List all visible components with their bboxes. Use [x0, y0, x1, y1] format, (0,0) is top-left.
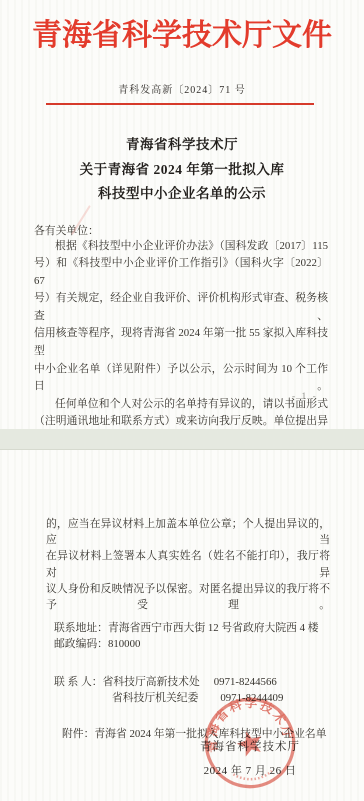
page-separator [0, 429, 364, 449]
body-line: 信用核查等程序，现将青海省 2024 年第一批 55 家拟入库科技型 [34, 325, 328, 360]
document-page-1: 青海省科学技术厅文件 青科发高新〔2024〕71 号 青海省科学技术厅 关于青海… [0, 0, 364, 430]
contact-block: 联系地址：青海省西宁市西大街 12 号省政府大院西 4 楼 邮政编码：81000… [46, 621, 330, 653]
title-line-1: 青海省科学技术厅 [0, 133, 364, 158]
page2-body: 的，应当在异议材料上加盖本单位公章；个人提出异议的，应当 在异议材料上签署本人真… [0, 450, 364, 742]
seal-star-icon [234, 727, 266, 758]
body-line: 的，应当在异议材料上加盖本单位公章；个人提出异议的，应当 [46, 516, 330, 548]
title-line-3: 科技型中小企业名单的公示 [0, 182, 364, 207]
document-title: 青海省科学技术厅 关于青海省 2024 年第一批拟入库 科技型中小企业名单的公示 [0, 133, 364, 207]
contact2-name: 省科技厅机关纪委 [112, 691, 198, 707]
page1-body: 各有关单位： 根据《科技型中小企业评价办法》（国科发政〔2017〕115 号）和… [0, 223, 364, 449]
contact-address: 联系地址：青海省西宁市西大街 12 号省政府大院西 4 楼 [46, 621, 330, 637]
body-line: 号）和《科技型中小企业评价工作指引》（国科火字〔2022〕67 [34, 255, 328, 290]
doc-number: 青科发高新〔2024〕71 号 [0, 81, 364, 96]
body-line: 号）有关规定，经企业自我评价、评价机构形式审查、税务核查、 [34, 290, 328, 325]
red-divider [46, 103, 314, 105]
scanned-document: 青海省科学技术厅文件 青科发高新〔2024〕71 号 青海省科学技术厅 关于青海… [0, 0, 364, 801]
paragraph-continued: 的，应当在异议材料上加盖本单位公章；个人提出异议的，应当 在异议材料上签署本人真… [46, 516, 330, 613]
page-number: - 1 - [292, 392, 318, 402]
body-line: 中小企业名单（详见附件）予以公示，公示时间为 10 个工作日。 [34, 361, 328, 396]
paragraph-1: 根据《科技型中小企业评价办法》（国科发政〔2017〕115 号）和《科技型中小企… [34, 238, 328, 396]
body-line: 任何单位和个人对公示的名单持有异议的，请以书面形式 [34, 396, 328, 414]
contact1-phone: 0971-8244566 [214, 675, 277, 691]
document-page-2: 的，应当在异议材料上加盖本单位公章；个人提出异议的，应当 在异议材料上签署本人真… [0, 449, 364, 801]
contact1-name: 省科技厅高新技术处 [103, 675, 200, 691]
agency-banner: 青海省科学技术厅文件 [10, 13, 354, 59]
seal-code-marks [233, 771, 272, 781]
contact-label: 联 系 人： [54, 675, 103, 691]
official-seal: 青海省科学技术厅 [198, 691, 302, 795]
body-line: 议人身份和反映情况予以保密。对匿名提出异议的我厅将不予受理。 [46, 581, 330, 613]
postal-code: 邮政编码：810000 [46, 637, 330, 653]
body-line: 根据《科技型中小企业评价办法》（国科发政〔2017〕115 [34, 238, 328, 256]
contact-person-1: 联 系 人：省科技厅高新技术处 0971-8244566 [46, 675, 330, 691]
body-line: 在异议材料上签署本人真实姓名（姓名不能打印），我厅将对异 [46, 548, 330, 580]
title-line-2: 关于青海省 2024 年第一批拟入库 [0, 158, 364, 183]
